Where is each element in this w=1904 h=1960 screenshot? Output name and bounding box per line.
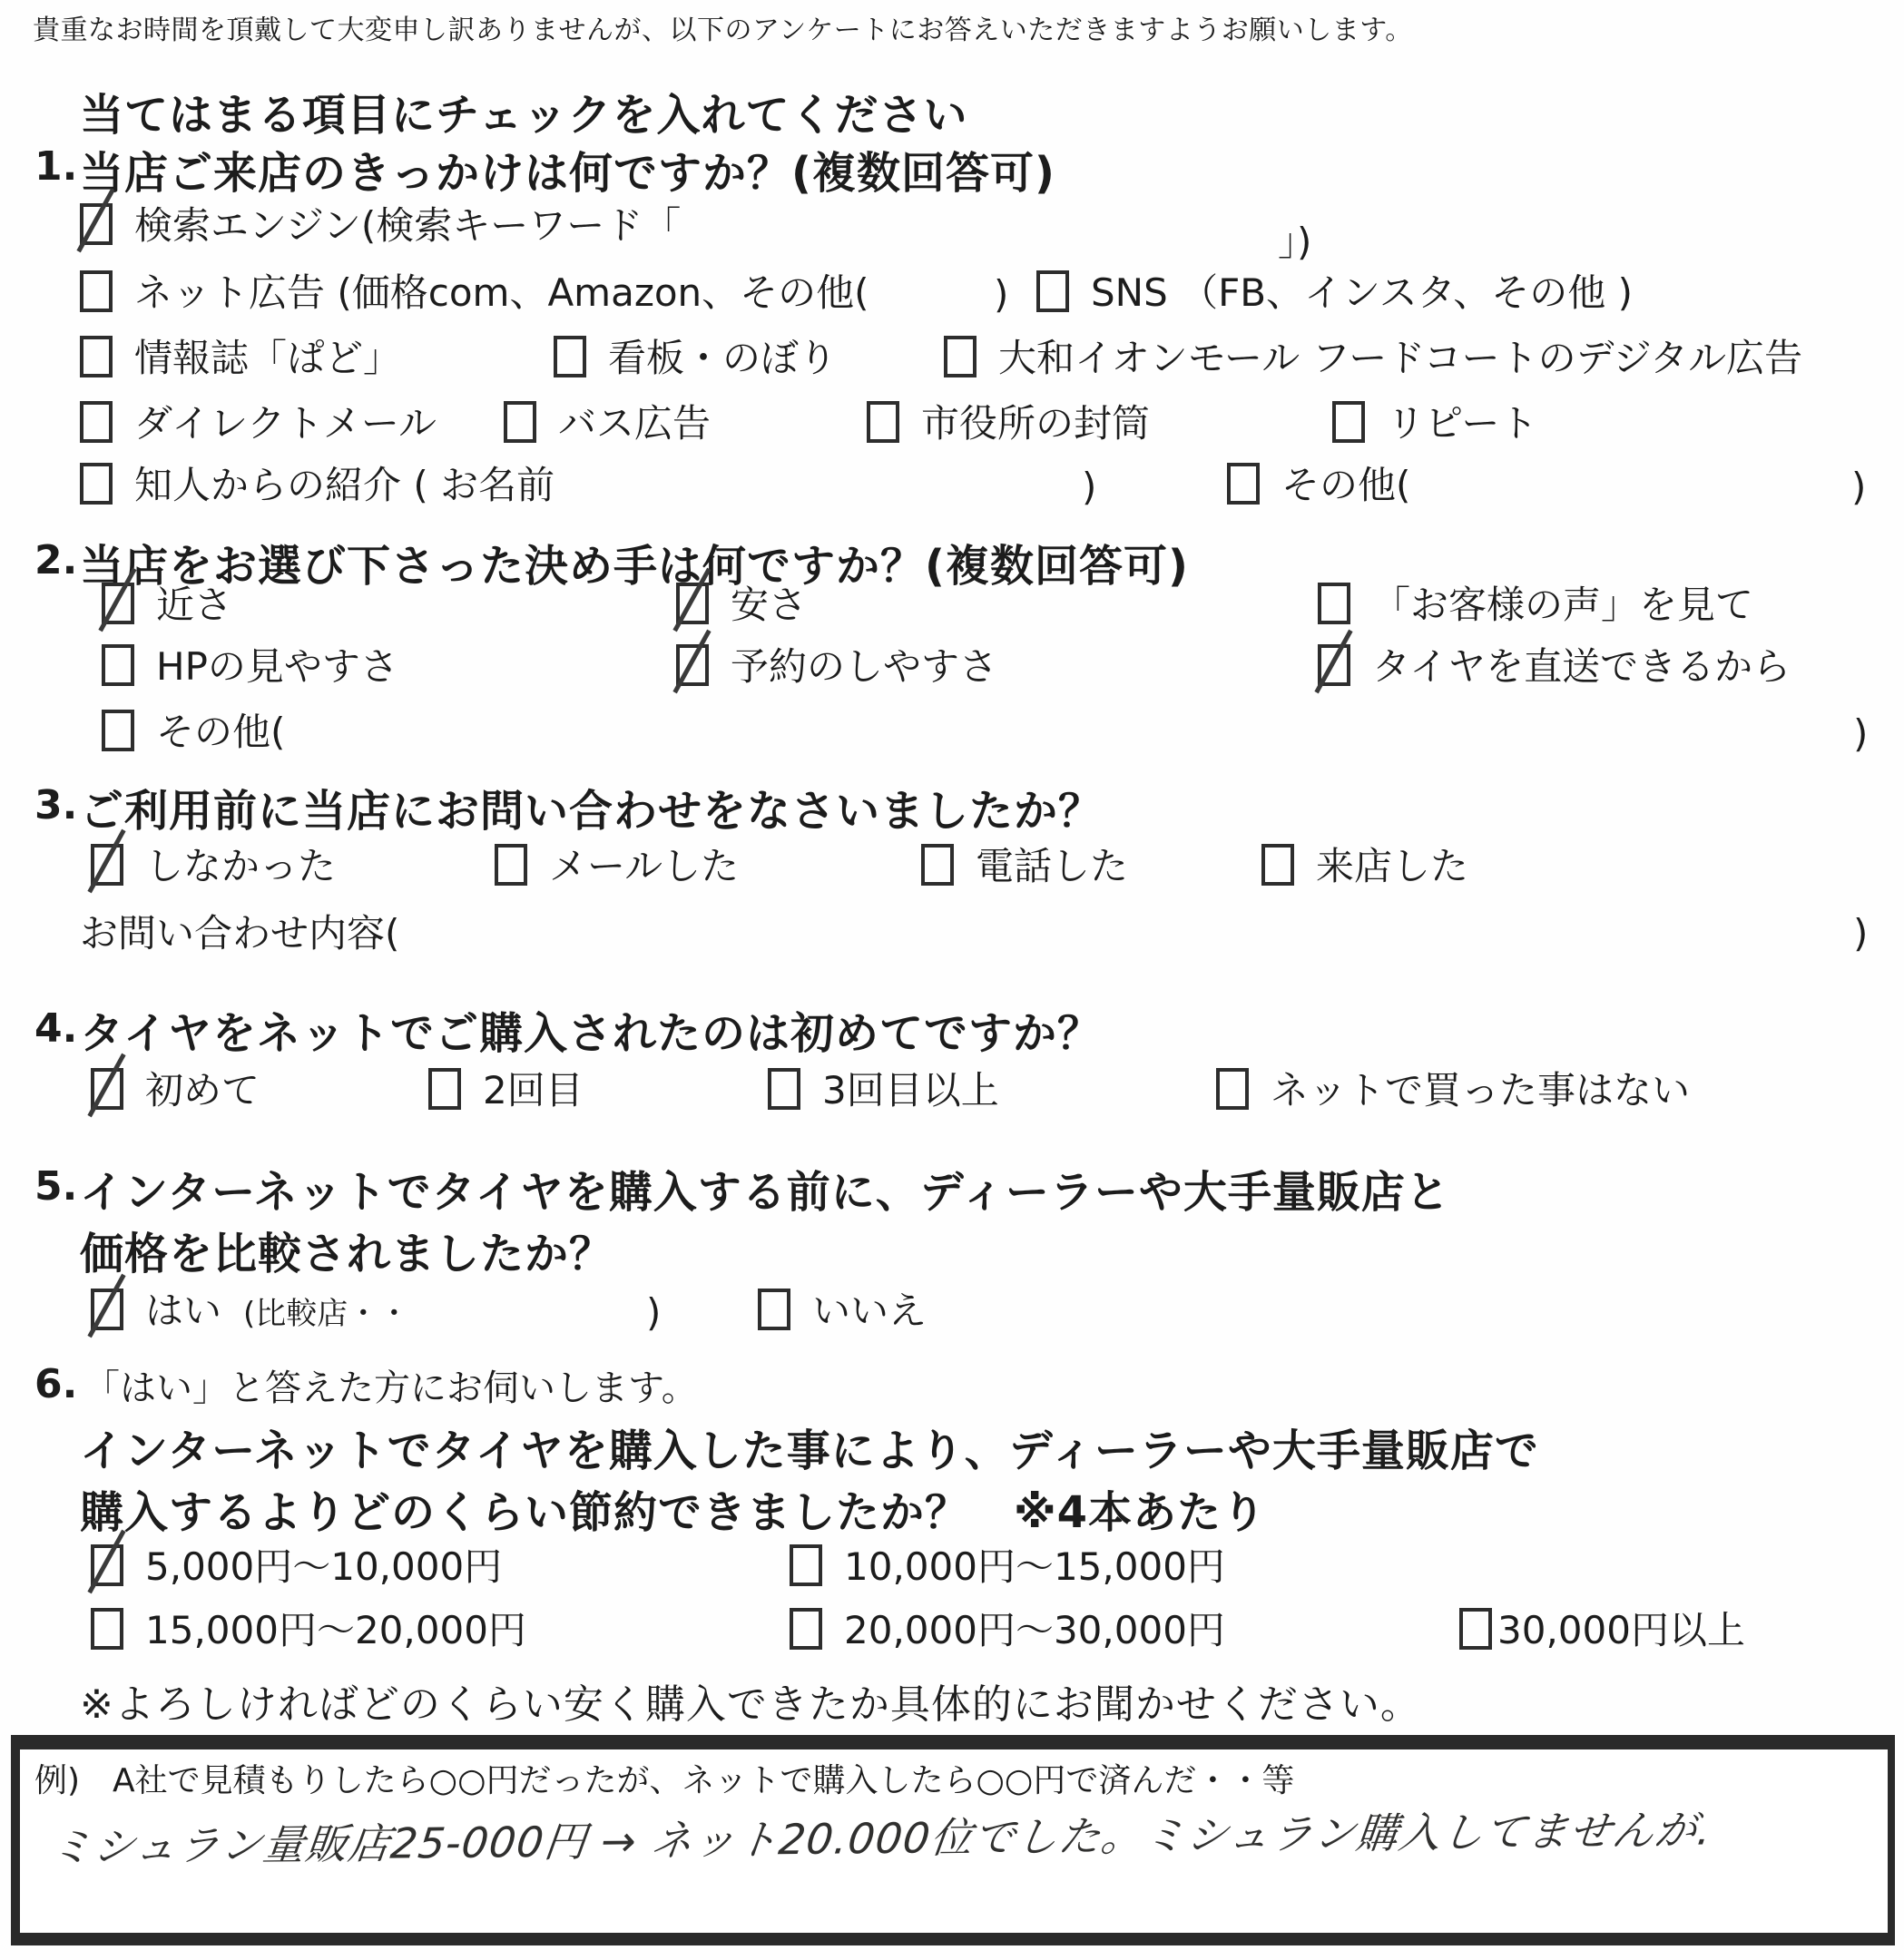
q5-title-line1: インターネットでタイヤを購入する前に、ディーラーや大手量販店と [80, 1157, 1450, 1220]
q4-row-1: 初めて 2回目 3回目以上 ネットで買った事はない [0, 1066, 1904, 1130]
q2-direct-ship-checkbox[interactable] [1318, 644, 1350, 686]
q5-number: 5. [34, 1163, 77, 1210]
q3-option-phone: 電話した [921, 842, 1128, 889]
q2-direct-ship-label: タイヤを直送できるから [1372, 642, 1791, 690]
q2-near-label: 近さ [156, 581, 232, 628]
q1-bus-ad-checkbox[interactable] [504, 401, 536, 443]
q2-option-direct-ship: タイヤを直送できるから [1318, 642, 1791, 690]
free-answer-box: 例) A社で見積もりしたら○○円だったが、ネットで購入したら○○円で済んだ・・等… [11, 1735, 1895, 1945]
q6-r3-checkbox[interactable] [91, 1608, 123, 1650]
q4-option-first: 初めて [91, 1066, 260, 1113]
q1-row-5: 知人からの紹介 ( お名前 ) その他( ) [0, 461, 1904, 524]
scanned-survey-page: 貴重なお時間を頂戴して大変申し訳ありませんが、以下のアンケートにお答えいただきま… [0, 0, 1904, 1960]
q5-no-label: いいえ [812, 1287, 927, 1334]
q5-yes-label: はい [145, 1287, 221, 1334]
q5-compare-shop-label: (比較店・・ [243, 1287, 409, 1333]
q1-city-envelope-label: 市役所の封筒 [921, 399, 1150, 446]
q1-net-ad-label: ネット広告 (価格com、Amazon、その他( [134, 269, 869, 316]
q3-phone-label: 電話した [976, 842, 1128, 889]
q1-option-other: その他( [1227, 461, 1410, 508]
q3-option-mail: メールした [495, 842, 739, 889]
q4-option-second: 2回目 [428, 1066, 584, 1113]
q2-near-checkbox[interactable] [102, 583, 134, 624]
q1-signboard-label: 看板・のぼり [608, 334, 837, 381]
q1-net-ad-checkbox[interactable] [80, 270, 113, 312]
q4-third-label: 3回目以上 [822, 1066, 999, 1113]
q2-option-hp: HPの見やすさ [102, 642, 398, 690]
q2-other-label: その他( [156, 708, 285, 755]
q4-third-checkbox[interactable] [768, 1068, 800, 1110]
survey-heading: 当てはまる項目にチェックを入れてください [80, 80, 968, 142]
q6-r3-label: 15,000円〜20,000円 [145, 1606, 526, 1653]
q1-option-signboard: 看板・のぼり [554, 334, 837, 381]
q1-row-4: ダイレクトメール バス広告 市役所の封筒 リピート [0, 399, 1904, 463]
q1-direct-mail-label: ダイレクトメール [134, 399, 437, 446]
q6-row-1: 5,000円〜10,000円 10,000円〜15,000円 [0, 1543, 1904, 1606]
q1-option-referral: 知人からの紹介 ( お名前 [80, 461, 555, 508]
q3-title: ご利用前に当店にお問い合わせをなさいましたか？ [80, 776, 1103, 838]
q6-number: 6. [34, 1361, 77, 1407]
q1-other-label: その他( [1281, 461, 1410, 508]
q6-option-5000-10000: 5,000円〜10,000円 [91, 1543, 502, 1590]
q5-row-1: はい (比較店・・ ) いいえ [0, 1287, 1904, 1350]
q1-row-1: 検索エンジン(検索キーワード「 」) [0, 201, 1904, 265]
q3-mail-checkbox[interactable] [495, 844, 527, 886]
q2-hp-label: HPの見やすさ [156, 642, 398, 690]
q3-option-visit: 来店した [1261, 842, 1468, 889]
q5-yes-checkbox[interactable] [91, 1289, 123, 1330]
q1-sns-label: SNS （FB、インスタ、その他 ) [1091, 269, 1633, 316]
q4-option-never: ネットで買った事はない [1216, 1066, 1690, 1113]
q1-search-label: 検索エンジン(検索キーワード「 [134, 201, 681, 249]
q6-r4-checkbox[interactable] [790, 1608, 822, 1650]
q4-first-checkbox[interactable] [91, 1068, 123, 1110]
q2-reserve-label: 予約のしやすさ [731, 642, 997, 690]
q4-second-label: 2回目 [483, 1066, 584, 1113]
q4-title: タイヤをネットでご購入されたのは初めてですか？ [80, 998, 1102, 1061]
q1-option-repeat: リピート [1332, 399, 1537, 446]
q5-option-yes: はい (比較店・・ [91, 1287, 409, 1334]
q6-option-10000-15000: 10,000円〜15,000円 [790, 1543, 1225, 1590]
q1-row-3: 情報誌「ぱど」 看板・のぼり 大和イオンモール フードコートのデジタル広告 [0, 334, 1904, 397]
q2-voice-checkbox[interactable] [1318, 583, 1350, 624]
q2-other-close-paren: ) [1853, 711, 1868, 756]
q1-city-envelope-checkbox[interactable] [867, 401, 899, 443]
q1-option-magazine: 情報誌「ぱど」 [80, 334, 401, 381]
q3-visit-label: 来店した [1316, 842, 1468, 889]
handwritten-answer: ミシュラン量販店25-000円 → ネット20.000位でした。ミシュラン購入し… [47, 1797, 1715, 1874]
q6-r1-checkbox[interactable] [91, 1544, 123, 1586]
q2-option-other: その他( [102, 708, 285, 755]
q2-reserve-checkbox[interactable] [676, 644, 709, 686]
q4-number: 4. [34, 1005, 77, 1052]
q1-magazine-label: 情報誌「ぱど」 [134, 334, 401, 381]
q1-repeat-label: リピート [1387, 399, 1537, 446]
q2-cheap-checkbox[interactable] [676, 583, 709, 624]
q4-second-checkbox[interactable] [428, 1068, 461, 1110]
q2-option-reserve: 予約のしやすさ [676, 642, 997, 690]
q3-number: 3. [34, 782, 77, 828]
q4-never-label: ネットで買った事はない [1271, 1066, 1690, 1113]
q1-mall-ad-checkbox[interactable] [944, 336, 977, 377]
q2-row-1: 近さ 安さ 「お客様の声」を見て [0, 581, 1904, 644]
q5-option-no: いいえ [758, 1287, 927, 1334]
q1-title: 当店ご来店のきっかけは何ですか？(複数回答可) [80, 138, 1055, 201]
q6-r2-label: 10,000円〜15,000円 [844, 1543, 1225, 1590]
q1-option-sns: SNS （FB、インスタ、その他 ) [1036, 269, 1633, 316]
q1-net-ad-close-paren: ) [994, 272, 1008, 317]
q1-other-checkbox[interactable] [1227, 463, 1260, 505]
q3-phone-checkbox[interactable] [921, 844, 954, 886]
q6-r2-checkbox[interactable] [790, 1544, 822, 1586]
intro-text: 貴重なお時間を頂戴して大変申し訳ありませんが、以下のアンケートにお答えいただきま… [33, 7, 1413, 47]
q6-option-30000-plus: 30,000円以上 [1459, 1606, 1745, 1653]
q3-none-checkbox[interactable] [91, 844, 123, 886]
q1-signboard-checkbox[interactable] [554, 336, 586, 377]
q6-r5-label: 30,000円以上 [1497, 1606, 1745, 1653]
q6-option-20000-30000: 20,000円〜30,000円 [790, 1606, 1225, 1653]
q3-option-none: しなかった [91, 842, 336, 889]
q3-detail-close-paren: ) [1853, 911, 1868, 955]
q6-r1-label: 5,000円〜10,000円 [145, 1543, 502, 1590]
q5-no-checkbox[interactable] [758, 1289, 790, 1330]
q1-repeat-checkbox[interactable] [1332, 401, 1365, 443]
q1-search-close-paren: 」) [1278, 212, 1311, 267]
q2-voice-label: 「お客様の声」を見て [1372, 581, 1753, 628]
q6-intro: 「はい」と答えた方にお伺いします。 [83, 1359, 698, 1411]
q3-row-1: しなかった メールした 電話した 来店した [0, 842, 1904, 906]
q2-option-voice: 「お客様の声」を見て [1318, 581, 1753, 628]
q1-magazine-checkbox[interactable] [80, 336, 113, 377]
q6-r5-checkbox[interactable] [1459, 1608, 1492, 1650]
q1-other-close-paren: ) [1851, 465, 1866, 509]
q2-cheap-label: 安さ [731, 581, 807, 628]
q2-option-cheap: 安さ [676, 581, 807, 628]
q3-none-label: しなかった [145, 842, 336, 889]
q5-title-line2: 価格を比較されましたか？ [80, 1219, 613, 1281]
q3-mail-label: メールした [549, 842, 739, 889]
q2-number: 2. [34, 537, 77, 583]
q4-first-label: 初めて [145, 1066, 260, 1113]
q2-row-3: その他( ) [0, 708, 1904, 771]
q1-option-city-envelope: 市役所の封筒 [867, 399, 1150, 446]
q1-option-mall-ad: 大和イオンモール フードコートのデジタル広告 [944, 334, 1802, 381]
q6-note: ※よろしければどのくらい安く購入できたか具体的にお聞かせください。 [80, 1671, 1421, 1730]
q5-yes-close-paren: ) [646, 1290, 661, 1335]
q1-referral-label: 知人からの紹介 ( お名前 [134, 461, 555, 508]
q1-referral-close-paren: ) [1082, 465, 1096, 509]
q6-title-line1: インターネットでタイヤを購入した事により、ディーラーや大手量販店で [80, 1416, 1539, 1478]
q2-hp-checkbox[interactable] [102, 644, 134, 686]
q2-option-near: 近さ [102, 581, 232, 628]
q1-option-direct-mail: ダイレクトメール [80, 399, 437, 446]
q1-mall-ad-label: 大和イオンモール フードコートのデジタル広告 [998, 334, 1802, 381]
q1-direct-mail-checkbox[interactable] [80, 401, 113, 443]
q1-option-search: 検索エンジン(検索キーワード「 [80, 201, 681, 249]
q6-r4-label: 20,000円〜30,000円 [844, 1606, 1225, 1653]
q3-visit-checkbox[interactable] [1261, 844, 1294, 886]
q2-other-checkbox[interactable] [102, 710, 134, 751]
q1-row-2: ネット広告 (価格com、Amazon、その他( ) SNS （FB、インスタ、… [0, 269, 1904, 332]
q4-option-third: 3回目以上 [768, 1066, 999, 1113]
q6-row-2: 15,000円〜20,000円 20,000円〜30,000円 30,000円以… [0, 1606, 1904, 1670]
q1-number: 1. [34, 143, 77, 190]
q6-title-line2: 購入するよりどのくらい節約できましたか？ ※4本あたり [80, 1477, 1266, 1540]
q1-search-checkbox[interactable] [80, 203, 113, 245]
q1-referral-checkbox[interactable] [80, 463, 113, 505]
q3-detail-label: お問い合わせ内容( [80, 909, 399, 956]
q4-never-checkbox[interactable] [1216, 1068, 1249, 1110]
answer-example-text: 例) A社で見積もりしたら○○円だったが、ネットで購入したら○○円で済んだ・・等 [34, 1755, 1294, 1801]
q1-sns-checkbox[interactable] [1036, 270, 1069, 312]
q2-row-2: HPの見やすさ 予約のしやすさ タイヤを直送できるから [0, 642, 1904, 706]
q1-option-net-ad: ネット広告 (価格com、Amazon、その他( [80, 269, 869, 316]
q6-option-15000-20000: 15,000円〜20,000円 [91, 1606, 526, 1653]
q1-bus-ad-label: バス広告 [558, 399, 711, 446]
q3-row-2: お問い合わせ内容( ) [0, 907, 1904, 971]
q1-option-bus-ad: バス広告 [504, 399, 711, 446]
